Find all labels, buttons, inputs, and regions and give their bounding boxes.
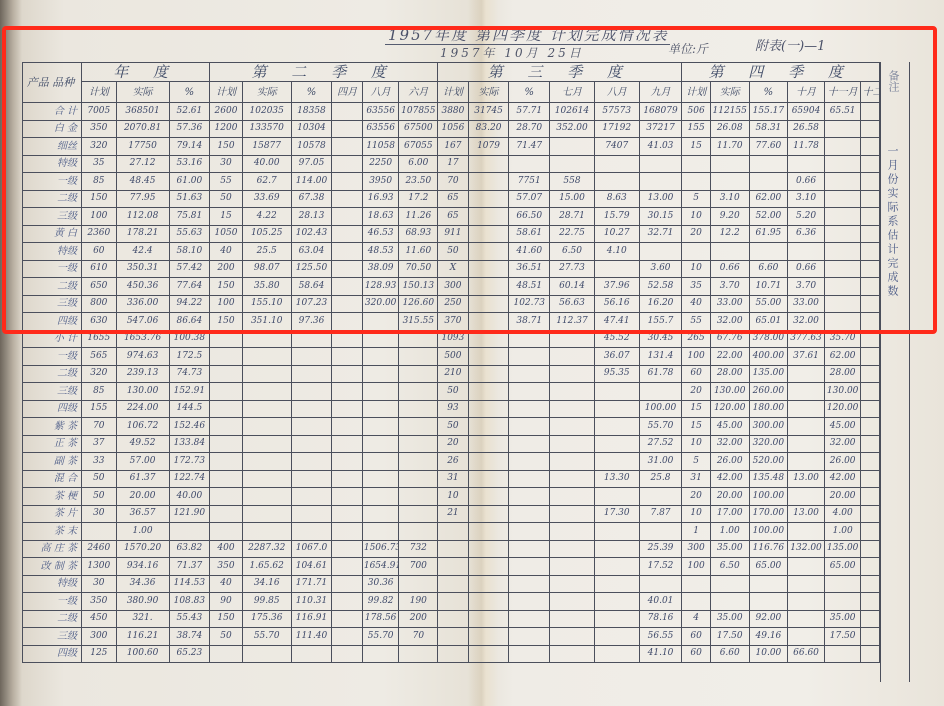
table-cell: 57.07: [509, 190, 550, 208]
table-cell: 300.00: [749, 418, 788, 436]
table-row: 正 茶3749.52133.842027.521032.00320.0032.0…: [23, 435, 880, 453]
table-cell: 92.00: [749, 610, 788, 628]
table-cell: 100: [82, 208, 117, 226]
table-cell: 380.90: [116, 593, 169, 611]
table-cell: [550, 523, 595, 541]
row-label: 四级: [23, 645, 82, 663]
table-cell: 65.00: [824, 558, 861, 576]
table-cell: 130.00: [710, 383, 749, 401]
table-cell: [861, 593, 880, 611]
table-cell: [682, 593, 710, 611]
table-cell: 100.00: [749, 488, 788, 506]
table-cell: 6.60: [710, 645, 749, 663]
table-cell: 60: [682, 365, 710, 383]
table-cell: 90: [210, 593, 243, 611]
table-cell: [468, 243, 509, 261]
table-cell: [332, 418, 363, 436]
table-cell: [468, 278, 509, 296]
table-cell: [788, 523, 825, 541]
table-cell: [468, 365, 509, 383]
table-cell: [438, 628, 469, 646]
row-label: 茶 梗: [23, 488, 82, 506]
row-label: 特级: [23, 155, 82, 173]
table-cell: [332, 470, 363, 488]
table-cell: 68.93: [399, 225, 438, 243]
table-cell: 450: [82, 610, 117, 628]
table-cell: [594, 610, 639, 628]
table-cell: 58.61: [509, 225, 550, 243]
table-cell: 125: [82, 645, 117, 663]
table-cell: [362, 470, 399, 488]
table-cell: [861, 365, 880, 383]
table-cell: [210, 400, 243, 418]
table-cell: [332, 120, 363, 138]
row-label: 三级: [23, 295, 82, 313]
table-cell: 120.00: [824, 400, 861, 418]
table-cell: 100: [682, 558, 710, 576]
table-cell: 67055: [399, 138, 438, 156]
table-cell: [332, 173, 363, 191]
table-cell: [594, 155, 639, 173]
table-cell: [332, 453, 363, 471]
table-row: 三级800336.0094.22100155.10107.23320.00126…: [23, 295, 880, 313]
table-cell: 17.00: [710, 505, 749, 523]
table-cell: 106.72: [116, 418, 169, 436]
table-row: 二级15077.9551.635033.6967.3816.9317.26557…: [23, 190, 880, 208]
table-cell: 378.00: [749, 330, 788, 348]
table-cell: [639, 488, 682, 506]
table-cell: [824, 575, 861, 593]
table-cell: 3.10: [788, 190, 825, 208]
table-cell: [468, 593, 509, 611]
table-cell: [861, 190, 880, 208]
table-cell: [468, 330, 509, 348]
table-cell: 65.01: [749, 313, 788, 331]
table-cell: 610: [82, 260, 117, 278]
table-cell: [399, 505, 438, 523]
table-cell: 47.41: [594, 313, 639, 331]
table-row: 紫 茶70106.72152.465055.701545.00300.0045.…: [23, 418, 880, 436]
table-cell: [210, 488, 243, 506]
table-cell: 61.37: [116, 470, 169, 488]
table-cell: 178.21: [116, 225, 169, 243]
table-cell: 55.43: [169, 610, 210, 628]
table-cell: 3880: [438, 103, 469, 121]
table-cell: 33.00: [788, 295, 825, 313]
table-cell: 200: [399, 610, 438, 628]
table-cell: 62.7: [242, 173, 291, 191]
table-cell: [362, 523, 399, 541]
table-cell: [438, 610, 469, 628]
table-cell: [594, 540, 639, 558]
table-cell: [639, 383, 682, 401]
table-cell: [332, 505, 363, 523]
row-label: 茶 片: [23, 505, 82, 523]
table-cell: 934.16: [116, 558, 169, 576]
table-cell: 350.31: [116, 260, 169, 278]
table-cell: [242, 330, 291, 348]
table-cell: [438, 540, 469, 558]
table-cell: 171.71: [291, 575, 332, 593]
column-header: 计划: [210, 82, 243, 103]
table-cell: [291, 505, 332, 523]
column-header: 八月: [362, 82, 399, 103]
table-cell: 40.00: [169, 488, 210, 506]
table-cell: 67.76: [710, 330, 749, 348]
table-cell: 13.00: [639, 190, 682, 208]
table-cell: 37: [82, 435, 117, 453]
table-cell: [861, 453, 880, 471]
table-cell: 200: [210, 260, 243, 278]
table-cell: 10: [682, 435, 710, 453]
table-cell: [550, 155, 595, 173]
column-header: 实际: [242, 82, 291, 103]
table-cell: [210, 383, 243, 401]
table-cell: [468, 523, 509, 541]
table-cell: 2250: [362, 155, 399, 173]
table-row: 茶 末1.0011.00100.001.00: [23, 523, 880, 541]
table-cell: [509, 645, 550, 663]
group-header-q2: 第 二 季 度: [210, 63, 438, 82]
table-cell: 27.12: [116, 155, 169, 173]
table-cell: 167: [438, 138, 469, 156]
table-cell: 58.64: [291, 278, 332, 296]
group-header-row: 产品 品种 年 度 第 二 季 度 第 三 季 度 第 四 季 度: [23, 63, 880, 82]
table-cell: [594, 260, 639, 278]
table-cell: 1079: [468, 138, 509, 156]
table-cell: [332, 593, 363, 611]
row-label: 正 茶: [23, 435, 82, 453]
table-cell: 152.91: [169, 383, 210, 401]
table-cell: [362, 400, 399, 418]
table-cell: 180.00: [749, 400, 788, 418]
table-cell: 110.31: [291, 593, 332, 611]
table-cell: 10304: [291, 120, 332, 138]
table-cell: [550, 593, 595, 611]
table-cell: 20.00: [116, 488, 169, 506]
table-cell: 300: [682, 540, 710, 558]
table-row: 茶 片3036.57121.902117.307.871017.00170.00…: [23, 505, 880, 523]
table-cell: 31.00: [639, 453, 682, 471]
table-cell: 10: [438, 488, 469, 506]
table-cell: [468, 190, 509, 208]
table-cell: [550, 610, 595, 628]
table-cell: 70: [399, 628, 438, 646]
table-cell: 65: [438, 190, 469, 208]
table-cell: 26.00: [824, 453, 861, 471]
table-cell: 77.60: [749, 138, 788, 156]
table-cell: 26.08: [710, 120, 749, 138]
table-cell: [362, 365, 399, 383]
table-cell: [210, 505, 243, 523]
table-row: 特级3034.36114.534034.16171.7130.36: [23, 575, 880, 593]
table-cell: 36.57: [116, 505, 169, 523]
table-cell: [468, 610, 509, 628]
table-cell: [710, 173, 749, 191]
row-label: 二级: [23, 610, 82, 628]
table-cell: [861, 505, 880, 523]
table-cell: 60.14: [550, 278, 595, 296]
table-cell: 300: [438, 278, 469, 296]
table-cell: [399, 575, 438, 593]
table-cell: 32.00: [788, 313, 825, 331]
table-cell: 100.00: [749, 523, 788, 541]
table-cell: 37217: [639, 120, 682, 138]
table-cell: 100.60: [116, 645, 169, 663]
table-row: 高 庄 茶24601570.2063.824002287.321067.0150…: [23, 540, 880, 558]
table-cell: 41.60: [509, 243, 550, 261]
column-header: 计划: [82, 82, 117, 103]
table-cell: 351.10: [242, 313, 291, 331]
table-cell: 35.00: [824, 610, 861, 628]
table-cell: [861, 120, 880, 138]
table-cell: 13.30: [594, 470, 639, 488]
table-cell: [788, 558, 825, 576]
table-cell: 38.74: [169, 628, 210, 646]
table-cell: [242, 505, 291, 523]
row-label: 紫 茶: [23, 418, 82, 436]
table-cell: 6.60: [749, 260, 788, 278]
table-row: 合 计700536850152.612600102035183586355610…: [23, 103, 880, 121]
table-cell: [332, 225, 363, 243]
table-cell: 1200: [210, 120, 243, 138]
form-number: 附表(一)—1: [755, 35, 825, 54]
column-header: %: [291, 82, 332, 103]
table-cell: 38.09: [362, 260, 399, 278]
table-cell: 51.63: [169, 190, 210, 208]
table-cell: 30.45: [639, 330, 682, 348]
table-cell: [332, 295, 363, 313]
table-row: 三级300116.2138.745055.70111.4055.707056.5…: [23, 628, 880, 646]
table-cell: 400.00: [749, 348, 788, 366]
table-row: 三级85130.00152.915020130.00260.00130.00: [23, 383, 880, 401]
table-cell: 23.50: [399, 173, 438, 191]
table-cell: [861, 260, 880, 278]
table-cell: 377.63: [788, 330, 825, 348]
table-cell: [438, 645, 469, 663]
table-cell: 1655: [82, 330, 117, 348]
row-label: 二级: [23, 278, 82, 296]
table-cell: 16.20: [639, 295, 682, 313]
table-cell: [550, 645, 595, 663]
table-cell: 30: [82, 575, 117, 593]
table-row: 混 合5061.37122.743113.3025.83142.00135.48…: [23, 470, 880, 488]
table-cell: 150.13: [399, 278, 438, 296]
table-cell: [861, 243, 880, 261]
table-cell: 45.52: [594, 330, 639, 348]
table-cell: 150: [210, 610, 243, 628]
row-label: 小 计: [23, 330, 82, 348]
table-cell: [509, 523, 550, 541]
table-cell: 6.50: [550, 243, 595, 261]
table-cell: 121.90: [169, 505, 210, 523]
table-cell: 102035: [242, 103, 291, 121]
table-cell: 10: [682, 505, 710, 523]
table-cell: [399, 470, 438, 488]
table-cell: 1056: [438, 120, 469, 138]
table-cell: 57573: [594, 103, 639, 121]
table-cell: [291, 523, 332, 541]
table-cell: [594, 523, 639, 541]
table-cell: 155: [682, 120, 710, 138]
table-cell: [594, 593, 639, 611]
table-row: 二级450321.55.43150175.36116.91178.5620078…: [23, 610, 880, 628]
table-cell: 97.36: [291, 313, 332, 331]
table-cell: [824, 645, 861, 663]
table-cell: 55: [682, 313, 710, 331]
table-cell: [550, 558, 595, 576]
row-label: 合 计: [23, 103, 82, 121]
table-cell: 1654.91: [362, 558, 399, 576]
table-cell: [332, 400, 363, 418]
table-cell: [861, 173, 880, 191]
table-cell: 26.58: [788, 120, 825, 138]
table-cell: [788, 418, 825, 436]
table-cell: [332, 383, 363, 401]
table-cell: 15.79: [594, 208, 639, 226]
table-cell: [861, 628, 880, 646]
table-cell: [468, 435, 509, 453]
table-cell: 60: [82, 243, 117, 261]
table-cell: [861, 383, 880, 401]
table-cell: 70.50: [399, 260, 438, 278]
table-cell: 170.00: [749, 505, 788, 523]
table-cell: 1050: [210, 225, 243, 243]
table-cell: [861, 418, 880, 436]
table-cell: [749, 243, 788, 261]
row-label: 特级: [23, 575, 82, 593]
table-cell: [594, 435, 639, 453]
table-cell: [399, 645, 438, 663]
table-cell: [509, 348, 550, 366]
table-cell: 28.71: [550, 208, 595, 226]
table-cell: 116.76: [749, 540, 788, 558]
table-cell: [332, 645, 363, 663]
table-cell: 50: [438, 243, 469, 261]
table-cell: 10.27: [594, 225, 639, 243]
table-cell: 61.00: [169, 173, 210, 191]
table-cell: [509, 155, 550, 173]
table-cell: 95.35: [594, 365, 639, 383]
row-label: 三级: [23, 208, 82, 226]
table-cell: 700: [399, 558, 438, 576]
table-cell: [210, 330, 243, 348]
table-cell: [639, 523, 682, 541]
table-cell: 40: [682, 295, 710, 313]
table-cell: 55: [210, 173, 243, 191]
table-cell: 65904: [788, 103, 825, 121]
production-plan-table: 产品 品种 年 度 第 二 季 度 第 三 季 度 第 四 季 度 计划实际%计…: [22, 62, 880, 663]
table-cell: [824, 225, 861, 243]
table-cell: 224.00: [116, 400, 169, 418]
table-row: 三级100112.0875.81154.2228.1318.6311.26656…: [23, 208, 880, 226]
table-cell: [594, 558, 639, 576]
row-label: 一级: [23, 260, 82, 278]
table-cell: 7407: [594, 138, 639, 156]
table-cell: [861, 278, 880, 296]
table-cell: 16.93: [362, 190, 399, 208]
table-cell: [210, 418, 243, 436]
table-cell: 6.50: [710, 558, 749, 576]
table-cell: 17.50: [824, 628, 861, 646]
table-cell: 35.80: [242, 278, 291, 296]
table-cell: [824, 243, 861, 261]
table-cell: [861, 400, 880, 418]
table-cell: 49.52: [116, 435, 169, 453]
table-cell: 350: [82, 593, 117, 611]
table-cell: [242, 435, 291, 453]
row-label: 白 金: [23, 120, 82, 138]
row-label: 茶 末: [23, 523, 82, 541]
table-cell: [861, 330, 880, 348]
table-cell: 67500: [399, 120, 438, 138]
table-cell: [824, 260, 861, 278]
row-label: 特级: [23, 243, 82, 261]
table-cell: [438, 523, 469, 541]
table-cell: [362, 383, 399, 401]
document-title: 1957年度 第四季度 计划完成情况表: [388, 24, 669, 45]
table-cell: 100.38: [169, 330, 210, 348]
table-cell: 36.51: [509, 260, 550, 278]
table-cell: [210, 523, 243, 541]
table-cell: [332, 435, 363, 453]
column-header: %: [509, 82, 550, 103]
table-cell: [550, 330, 595, 348]
table-cell: 17.30: [594, 505, 639, 523]
table-cell: [861, 470, 880, 488]
table-cell: 70: [438, 173, 469, 191]
table-cell: [468, 540, 509, 558]
table-cell: [468, 628, 509, 646]
table-cell: [399, 400, 438, 418]
table-cell: 55.70: [639, 418, 682, 436]
table-cell: 105.25: [242, 225, 291, 243]
table-cell: 135.00: [824, 540, 861, 558]
table-cell: [639, 173, 682, 191]
table-cell: 4.22: [242, 208, 291, 226]
table-row: 改 制 茶1300934.1671.373501.65.62104.611654…: [23, 558, 880, 576]
table-cell: 10578: [291, 138, 332, 156]
table-cell: 38.71: [509, 313, 550, 331]
table-cell: 7751: [509, 173, 550, 191]
table-cell: 45.00: [710, 418, 749, 436]
table-cell: 130.00: [824, 383, 861, 401]
table-row: 黄 白2360178.2155.631050105.25102.4346.536…: [23, 225, 880, 243]
table-cell: 52.58: [639, 278, 682, 296]
table-cell: 20: [682, 488, 710, 506]
table-cell: 102614: [550, 103, 595, 121]
table-cell: 31745: [468, 103, 509, 121]
table-cell: 98.07: [242, 260, 291, 278]
table-cell: [861, 575, 880, 593]
table-cell: 30: [210, 155, 243, 173]
table-row: 小 计16551653.76100.38109345.5230.4526567.…: [23, 330, 880, 348]
table-cell: [210, 348, 243, 366]
table-cell: 1.00: [116, 523, 169, 541]
table-cell: 50: [438, 418, 469, 436]
table-cell: [788, 453, 825, 471]
table-cell: 350: [210, 558, 243, 576]
table-cell: 63.82: [169, 540, 210, 558]
table-cell: 10.71: [749, 278, 788, 296]
column-header: 四月: [332, 82, 363, 103]
table-cell: 150: [210, 313, 243, 331]
table-cell: 3.10: [710, 190, 749, 208]
table-cell: 5: [682, 190, 710, 208]
table-cell: 120.00: [710, 400, 749, 418]
table-cell: 17192: [594, 120, 639, 138]
column-header: 六月: [399, 82, 438, 103]
